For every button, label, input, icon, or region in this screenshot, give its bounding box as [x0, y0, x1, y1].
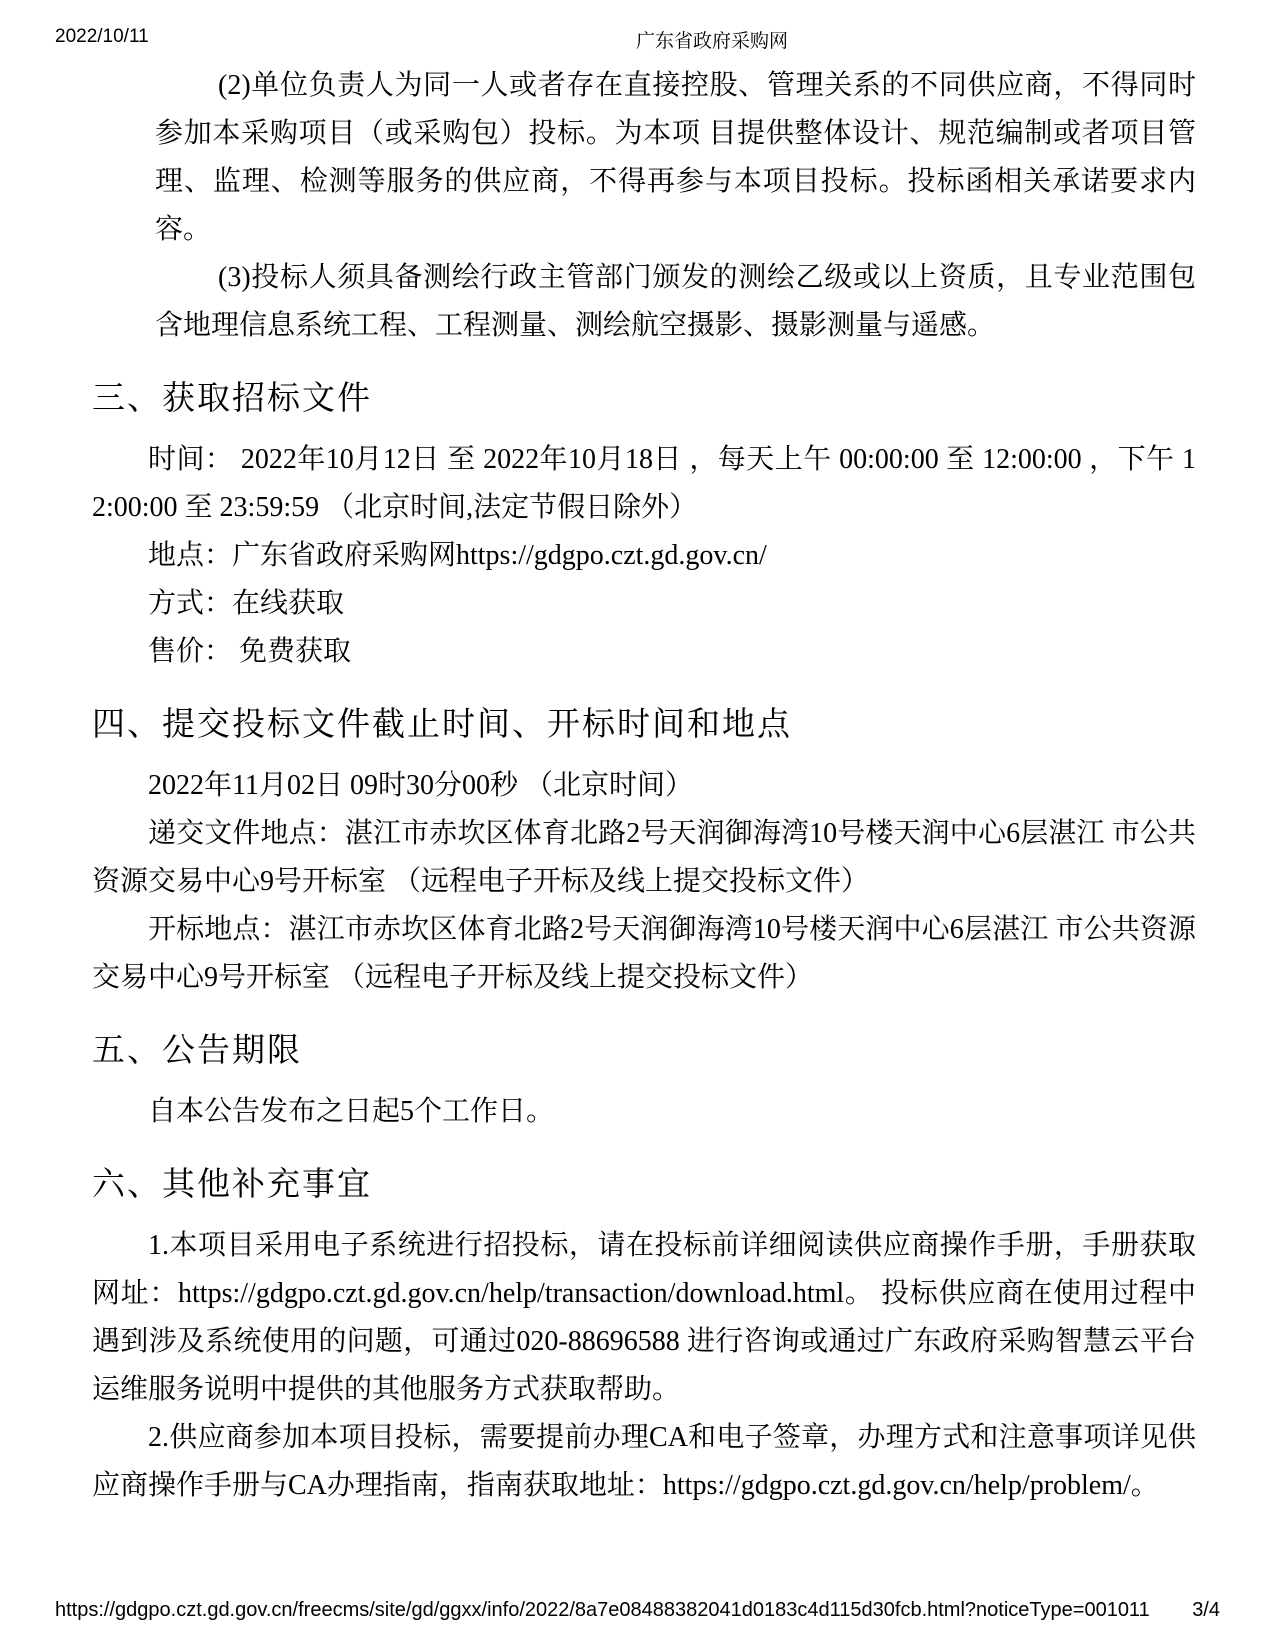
section-heading-announcement-period: 五、公告期限	[92, 1028, 1196, 1074]
paragraph-announcement-period: 自本公告发布之日起5个工作日。	[92, 1088, 1196, 1136]
print-header-date: 2022/10/11	[55, 26, 149, 48]
print-header-site-title: 广东省政府采购网	[636, 26, 788, 53]
paragraph-supplier-restriction: (2)单位负责人为同一人或者存在直接控股、管理关系的不同供应商，不得同时参加本采…	[155, 62, 1196, 254]
print-header: 2022/10/11 广东省政府采购网	[55, 26, 1220, 52]
print-footer: https://gdgpo.czt.gd.gov.cn/freecms/site…	[55, 1599, 1220, 1622]
section-heading-other-matters: 六、其他补充事宜	[92, 1162, 1196, 1208]
print-footer-page-number: 3/4	[1192, 1599, 1220, 1622]
paragraph-obtain-price: 售价： 免费获取	[92, 628, 1196, 676]
paragraph-qualification-requirement: (3)投标人须具备测绘行政主管部门颁发的测绘乙级或以上资质，且专业范围包含地理信…	[155, 254, 1196, 350]
paragraph-obtain-time: 时间： 2022年10月12日 至 2022年10月18日 ，每天上午 00:0…	[92, 436, 1196, 532]
paragraph-submission-location: 递交文件地点：湛江市赤坎区体育北路2号天润御海湾10号楼天润中心6层湛江 市公共…	[92, 810, 1196, 906]
paragraph-opening-location: 开标地点：湛江市赤坎区体育北路2号天润御海湾10号楼天润中心6层湛江 市公共资源…	[92, 906, 1196, 1002]
paragraph-obtain-method: 方式：在线获取	[92, 580, 1196, 628]
paragraph-obtain-location: 地点：广东省政府采购网https://gdgpo.czt.gd.gov.cn/	[92, 532, 1196, 580]
print-footer-url: https://gdgpo.czt.gd.gov.cn/freecms/site…	[55, 1599, 1180, 1622]
section-heading-submission-deadline: 四、提交投标文件截止时间、开标时间和地点	[92, 702, 1196, 748]
document-page: 2022/10/11 广东省政府采购网 (2)单位负责人为同一人或者存在直接控股…	[0, 0, 1275, 1650]
paragraph-other-matters-1: 1.本项目采用电子系统进行招投标，请在投标前详细阅读供应商操作手册，手册获取网址…	[92, 1222, 1196, 1414]
paragraph-deadline-time: 2022年11月02日 09时30分00秒 （北京时间）	[92, 762, 1196, 810]
section-heading-obtain-documents: 三、获取招标文件	[92, 376, 1196, 422]
paragraph-other-matters-2: 2.供应商参加本项目投标，需要提前办理CA和电子签章，办理方式和注意事项详见供应…	[92, 1414, 1196, 1510]
notice-body: (2)单位负责人为同一人或者存在直接控股、管理关系的不同供应商，不得同时参加本采…	[92, 62, 1196, 1510]
